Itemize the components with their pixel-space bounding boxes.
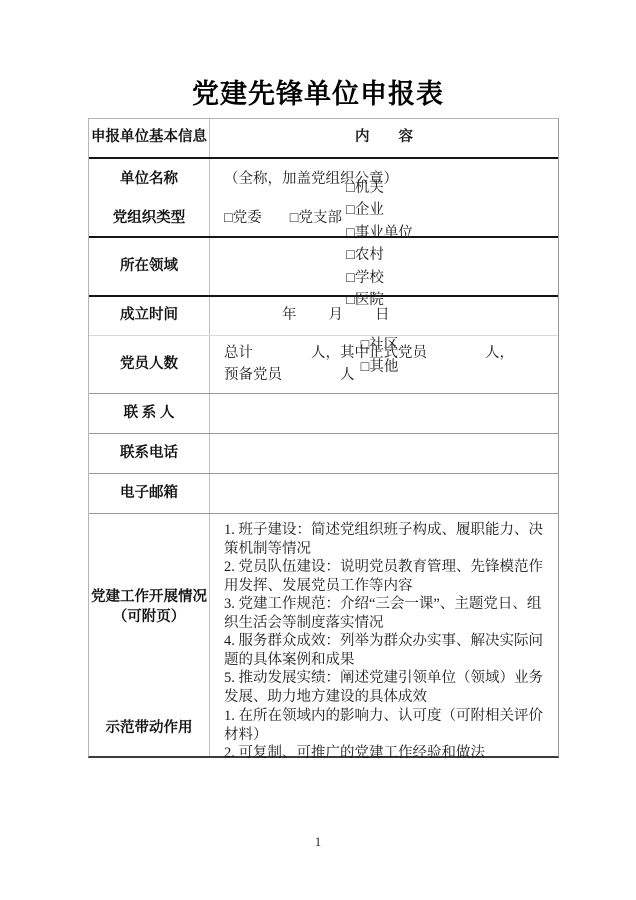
unit-name-label: 单位名称 [89, 159, 209, 201]
establish-date-field[interactable]: 年 月 日 [209, 297, 558, 335]
party-work-item: 1. 班子建设：简述党组织班子构成、履职能力、决策机制等情况 [224, 521, 548, 558]
page-number: 1 [0, 835, 636, 850]
establish-date-label: 成立时间 [89, 297, 209, 335]
party-work-label: 党建工作开展情况 （可附页） [89, 514, 209, 701]
org-type-label: 党组织类型 [89, 201, 209, 236]
checkbox-school[interactable]: □学校 [346, 270, 384, 286]
member-count-field[interactable]: 总计 人，其中正式党员 人， 预备党员 人 [209, 336, 558, 393]
application-form-table: 申报单位基本信息 内 容 单位名称 （全称，加盖党组织公章） 党组织类型 □党委… [88, 118, 559, 758]
header-basic-info-label: 申报单位基本信息 [89, 119, 209, 157]
party-work-item: 2. 党员队伍建设：说明党员教育管理、先锋模范作用发挥、发展党员工作等内容 [224, 558, 548, 595]
field-options-line1: □机关 □企业 □事业单位 □农村 □学校 □医院 [346, 154, 426, 311]
checkbox-party-committee[interactable]: □党委 [224, 208, 262, 229]
field-options: □机关 □企业 □事业单位 □农村 □学校 □医院 □社区 □其他 [209, 238, 558, 295]
form-title: 党建先锋单位申报表 [0, 72, 636, 111]
contact-phone-field[interactable] [209, 434, 558, 473]
unit-name-row: 单位名称 （全称，加盖党组织公章） [89, 159, 558, 201]
member-count-row: 党员人数 总计 人，其中正式党员 人， 预备党员 人 [89, 336, 558, 394]
contact-person-label: 联 系 人 [89, 394, 209, 433]
contact-person-row: 联 系 人 [89, 394, 558, 434]
checkbox-public-institution[interactable]: □事业单位 [346, 225, 413, 241]
demonstration-role-item: 2. 可复制、可推广的党建工作经验和做法 [224, 744, 485, 763]
demonstration-role-row: 示范带动作用 1. 在所在领域内的影响力、认可度（可附相关评价材料） 2. 可复… [89, 701, 558, 756]
document-page: 党建先锋单位申报表 申报单位基本信息 内 容 单位名称 （全称，加盖党组织公章）… [0, 0, 636, 900]
member-count-label: 党员人数 [89, 336, 209, 393]
contact-phone-label: 联系电话 [89, 434, 209, 473]
email-row: 电子邮箱 [89, 474, 558, 514]
checkbox-agency[interactable]: □机关 [346, 180, 384, 196]
checkbox-rural[interactable]: □农村 [346, 247, 384, 263]
checkbox-party-branch[interactable]: □党支部 [290, 208, 342, 229]
email-label: 电子邮箱 [89, 474, 209, 513]
org-type-row: 党组织类型 □党委 □党支部 [89, 201, 558, 238]
table-header-row: 申报单位基本信息 内 容 [89, 119, 558, 159]
party-work-item: 4. 服务群众成效：列举为群众办实事、解决实际问题的具体案例和成果 [224, 632, 548, 669]
demonstration-role-item: 1. 在所在领域内的影响力、认可度（可附相关评价材料） [224, 707, 548, 744]
checkbox-enterprise[interactable]: □企业 [346, 202, 384, 218]
demonstration-role-label: 示范带动作用 [89, 701, 209, 756]
party-work-field[interactable]: 1. 班子建设：简述党组织班子构成、履职能力、决策机制等情况 2. 党员队伍建设… [209, 514, 558, 701]
contact-person-field[interactable] [209, 394, 558, 433]
party-work-row: 党建工作开展情况 （可附页） 1. 班子建设：简述党组织班子构成、履职能力、决策… [89, 514, 558, 701]
demonstration-role-field[interactable]: 1. 在所在领域内的影响力、认可度（可附相关评价材料） 2. 可复制、可推广的党… [209, 701, 558, 756]
establish-date-row: 成立时间 年 月 日 [89, 297, 558, 336]
party-work-item: 3. 党建工作规范：介绍“三会一课”、主题党日、组织生活会等制度落实情况 [224, 595, 548, 632]
email-field[interactable] [209, 474, 558, 513]
contact-phone-row: 联系电话 [89, 434, 558, 474]
field-label: 所在领域 [89, 238, 209, 295]
header-content-label: 内 容 [209, 119, 558, 157]
field-row: 所在领域 □机关 □企业 □事业单位 □农村 □学校 □医院 □社区 □其他 [89, 238, 558, 297]
